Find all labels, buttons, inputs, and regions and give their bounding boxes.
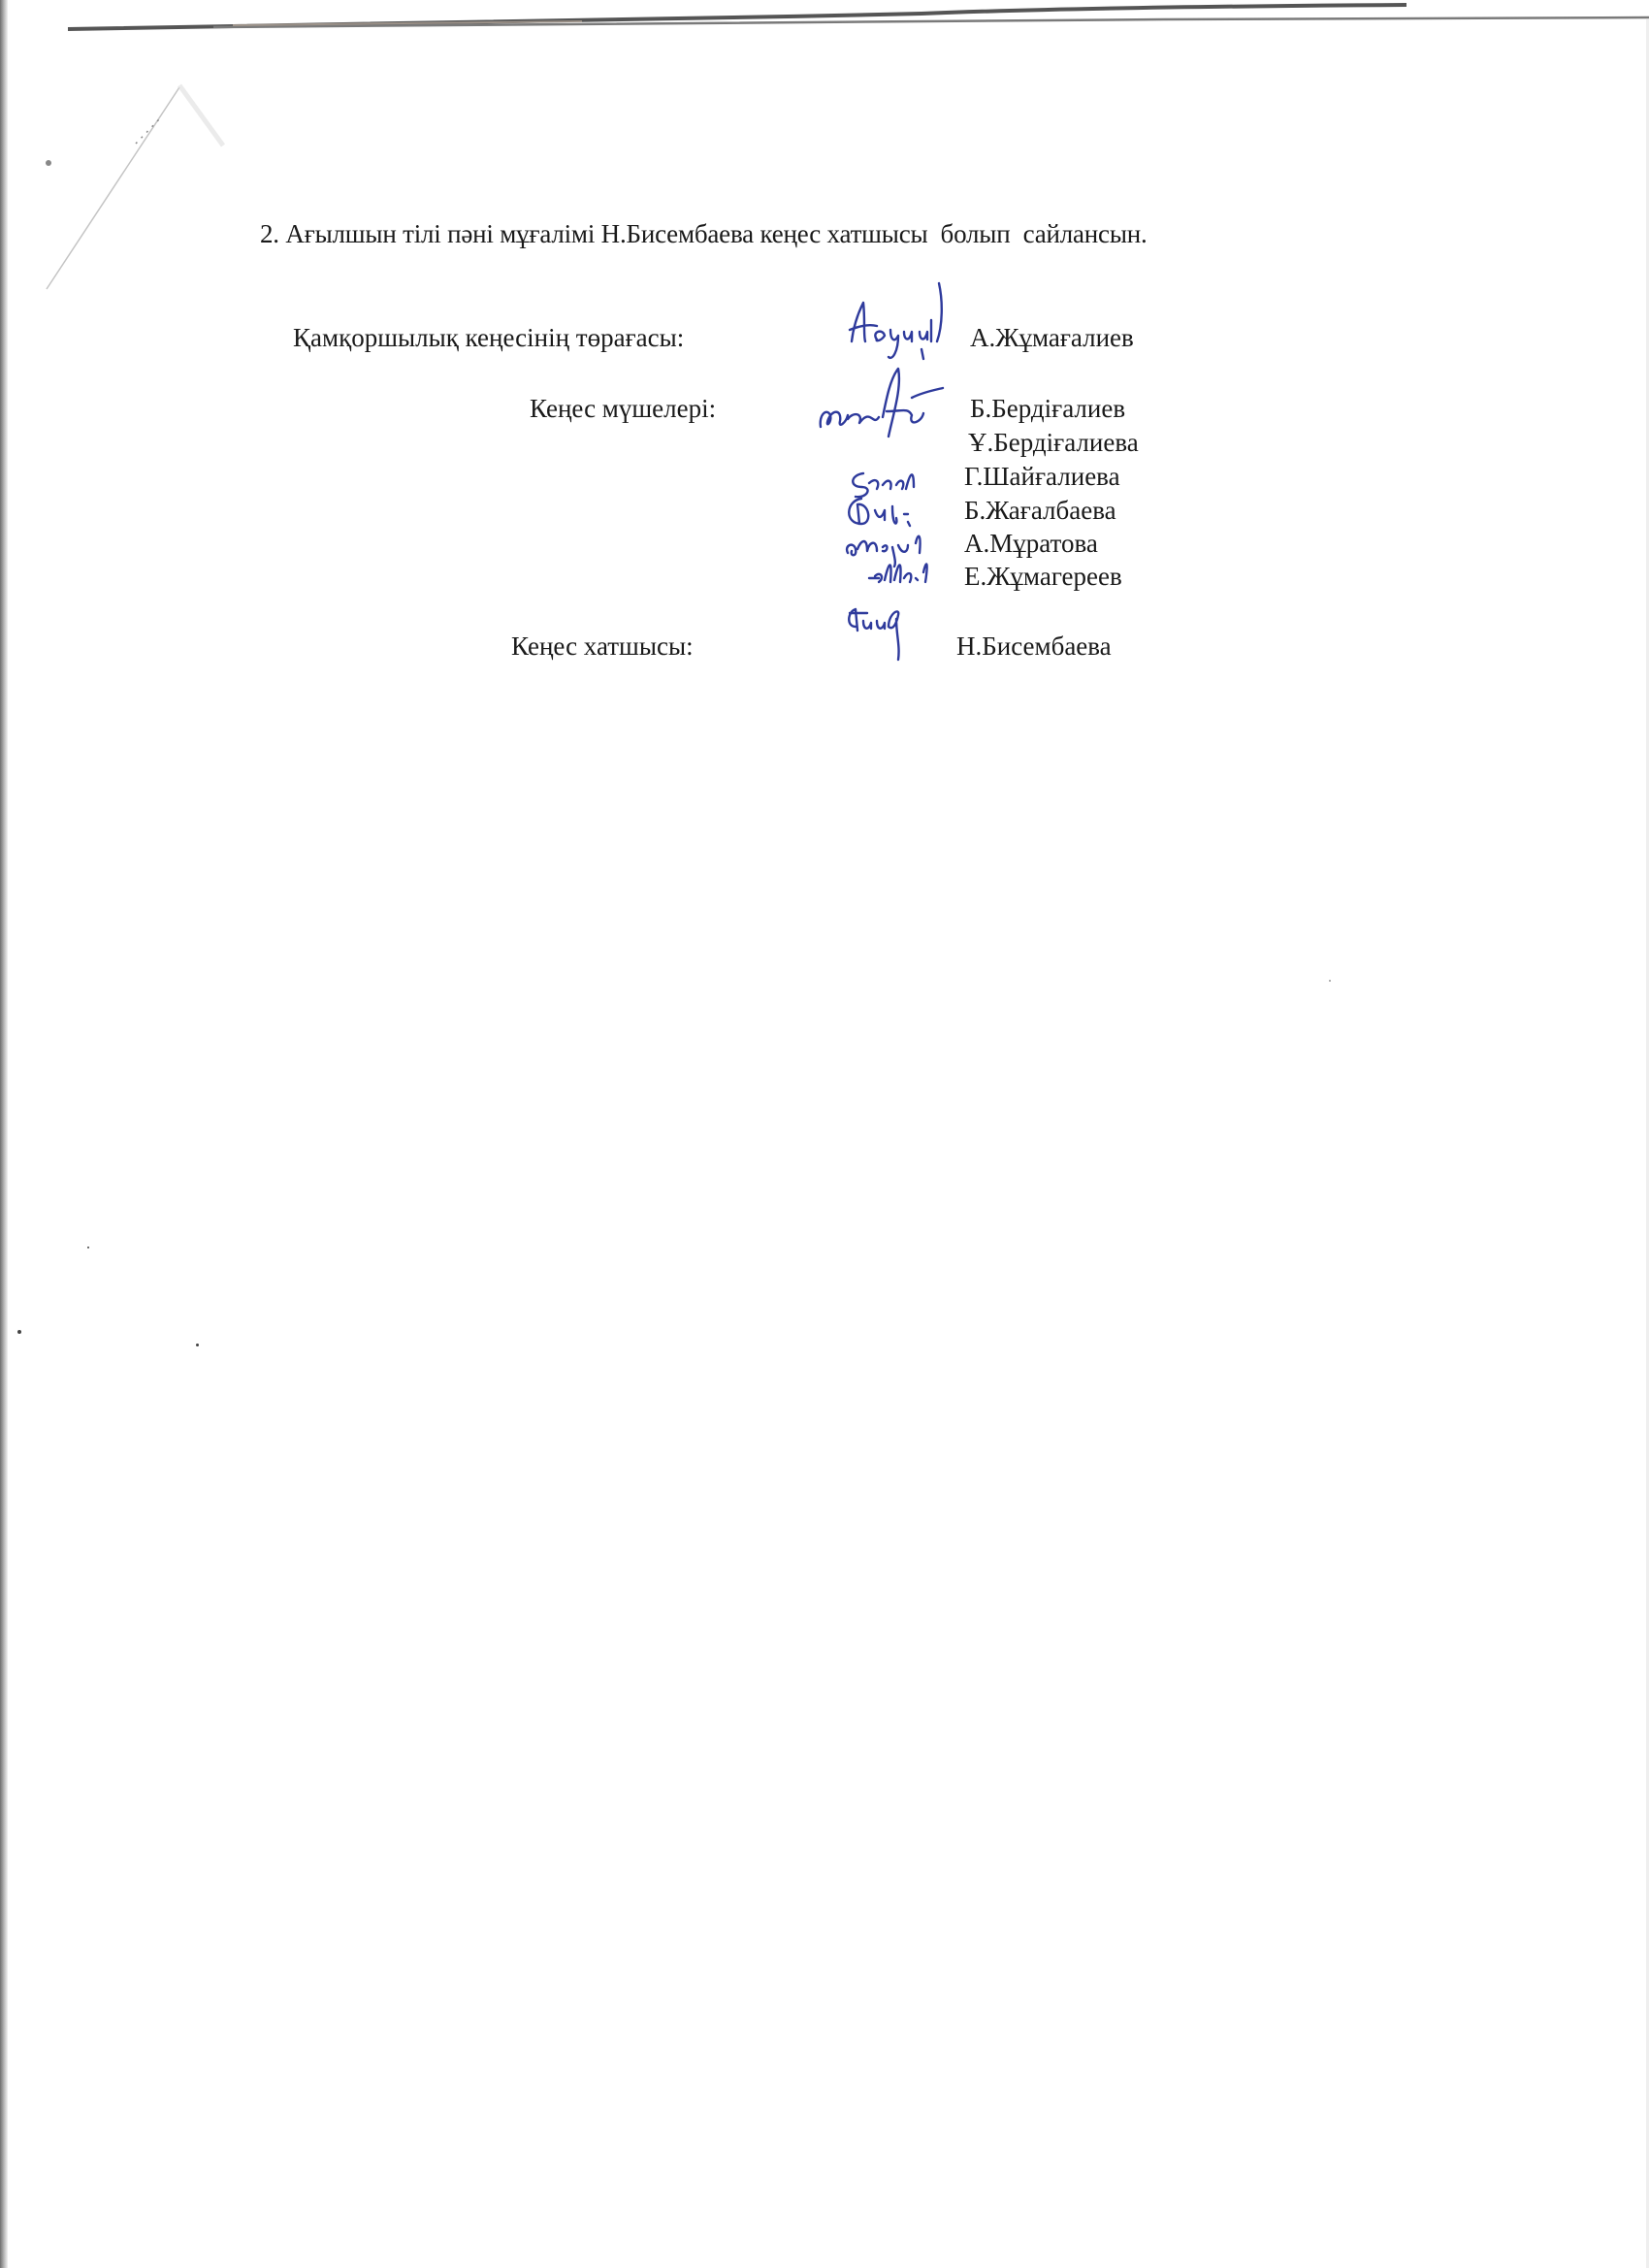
secretary-role-label: Кеңес хатшысы: [511, 632, 694, 662]
scan-speck [196, 1344, 199, 1346]
scan-speck [87, 1247, 89, 1248]
member-name: Е.Жұмагереев [964, 562, 1122, 592]
resolution-item-2: 2. Ағылшын тілі пәні мұғалімі Н.Бисембае… [260, 219, 1148, 249]
scan-left-edge [0, 0, 8, 2268]
member-name: Ұ.Бердіғалиева [968, 428, 1139, 458]
scan-fold-line [0, 0, 291, 310]
member-name: Г.Шайғалиева [964, 462, 1120, 492]
member-name: Б.Бердіғалиев [970, 394, 1125, 424]
member-signature [815, 359, 951, 446]
member-name: А.Мұратова [964, 529, 1098, 559]
secretary-name: Н.Бисембаева [956, 632, 1112, 662]
member-name: Б.Жағалбаева [964, 496, 1116, 526]
secretary-signature [842, 601, 929, 669]
member-signature [865, 553, 953, 592]
chair-signature [842, 281, 968, 369]
chair-role-label: Қамқоршылық кеңесінің төрағасы: [293, 323, 684, 353]
members-role-label: Кеңес мүшелері: [530, 394, 716, 424]
scan-speck [1329, 980, 1331, 982]
scan-speck [17, 1330, 21, 1334]
chair-name: А.Жұмағалиев [970, 323, 1134, 353]
